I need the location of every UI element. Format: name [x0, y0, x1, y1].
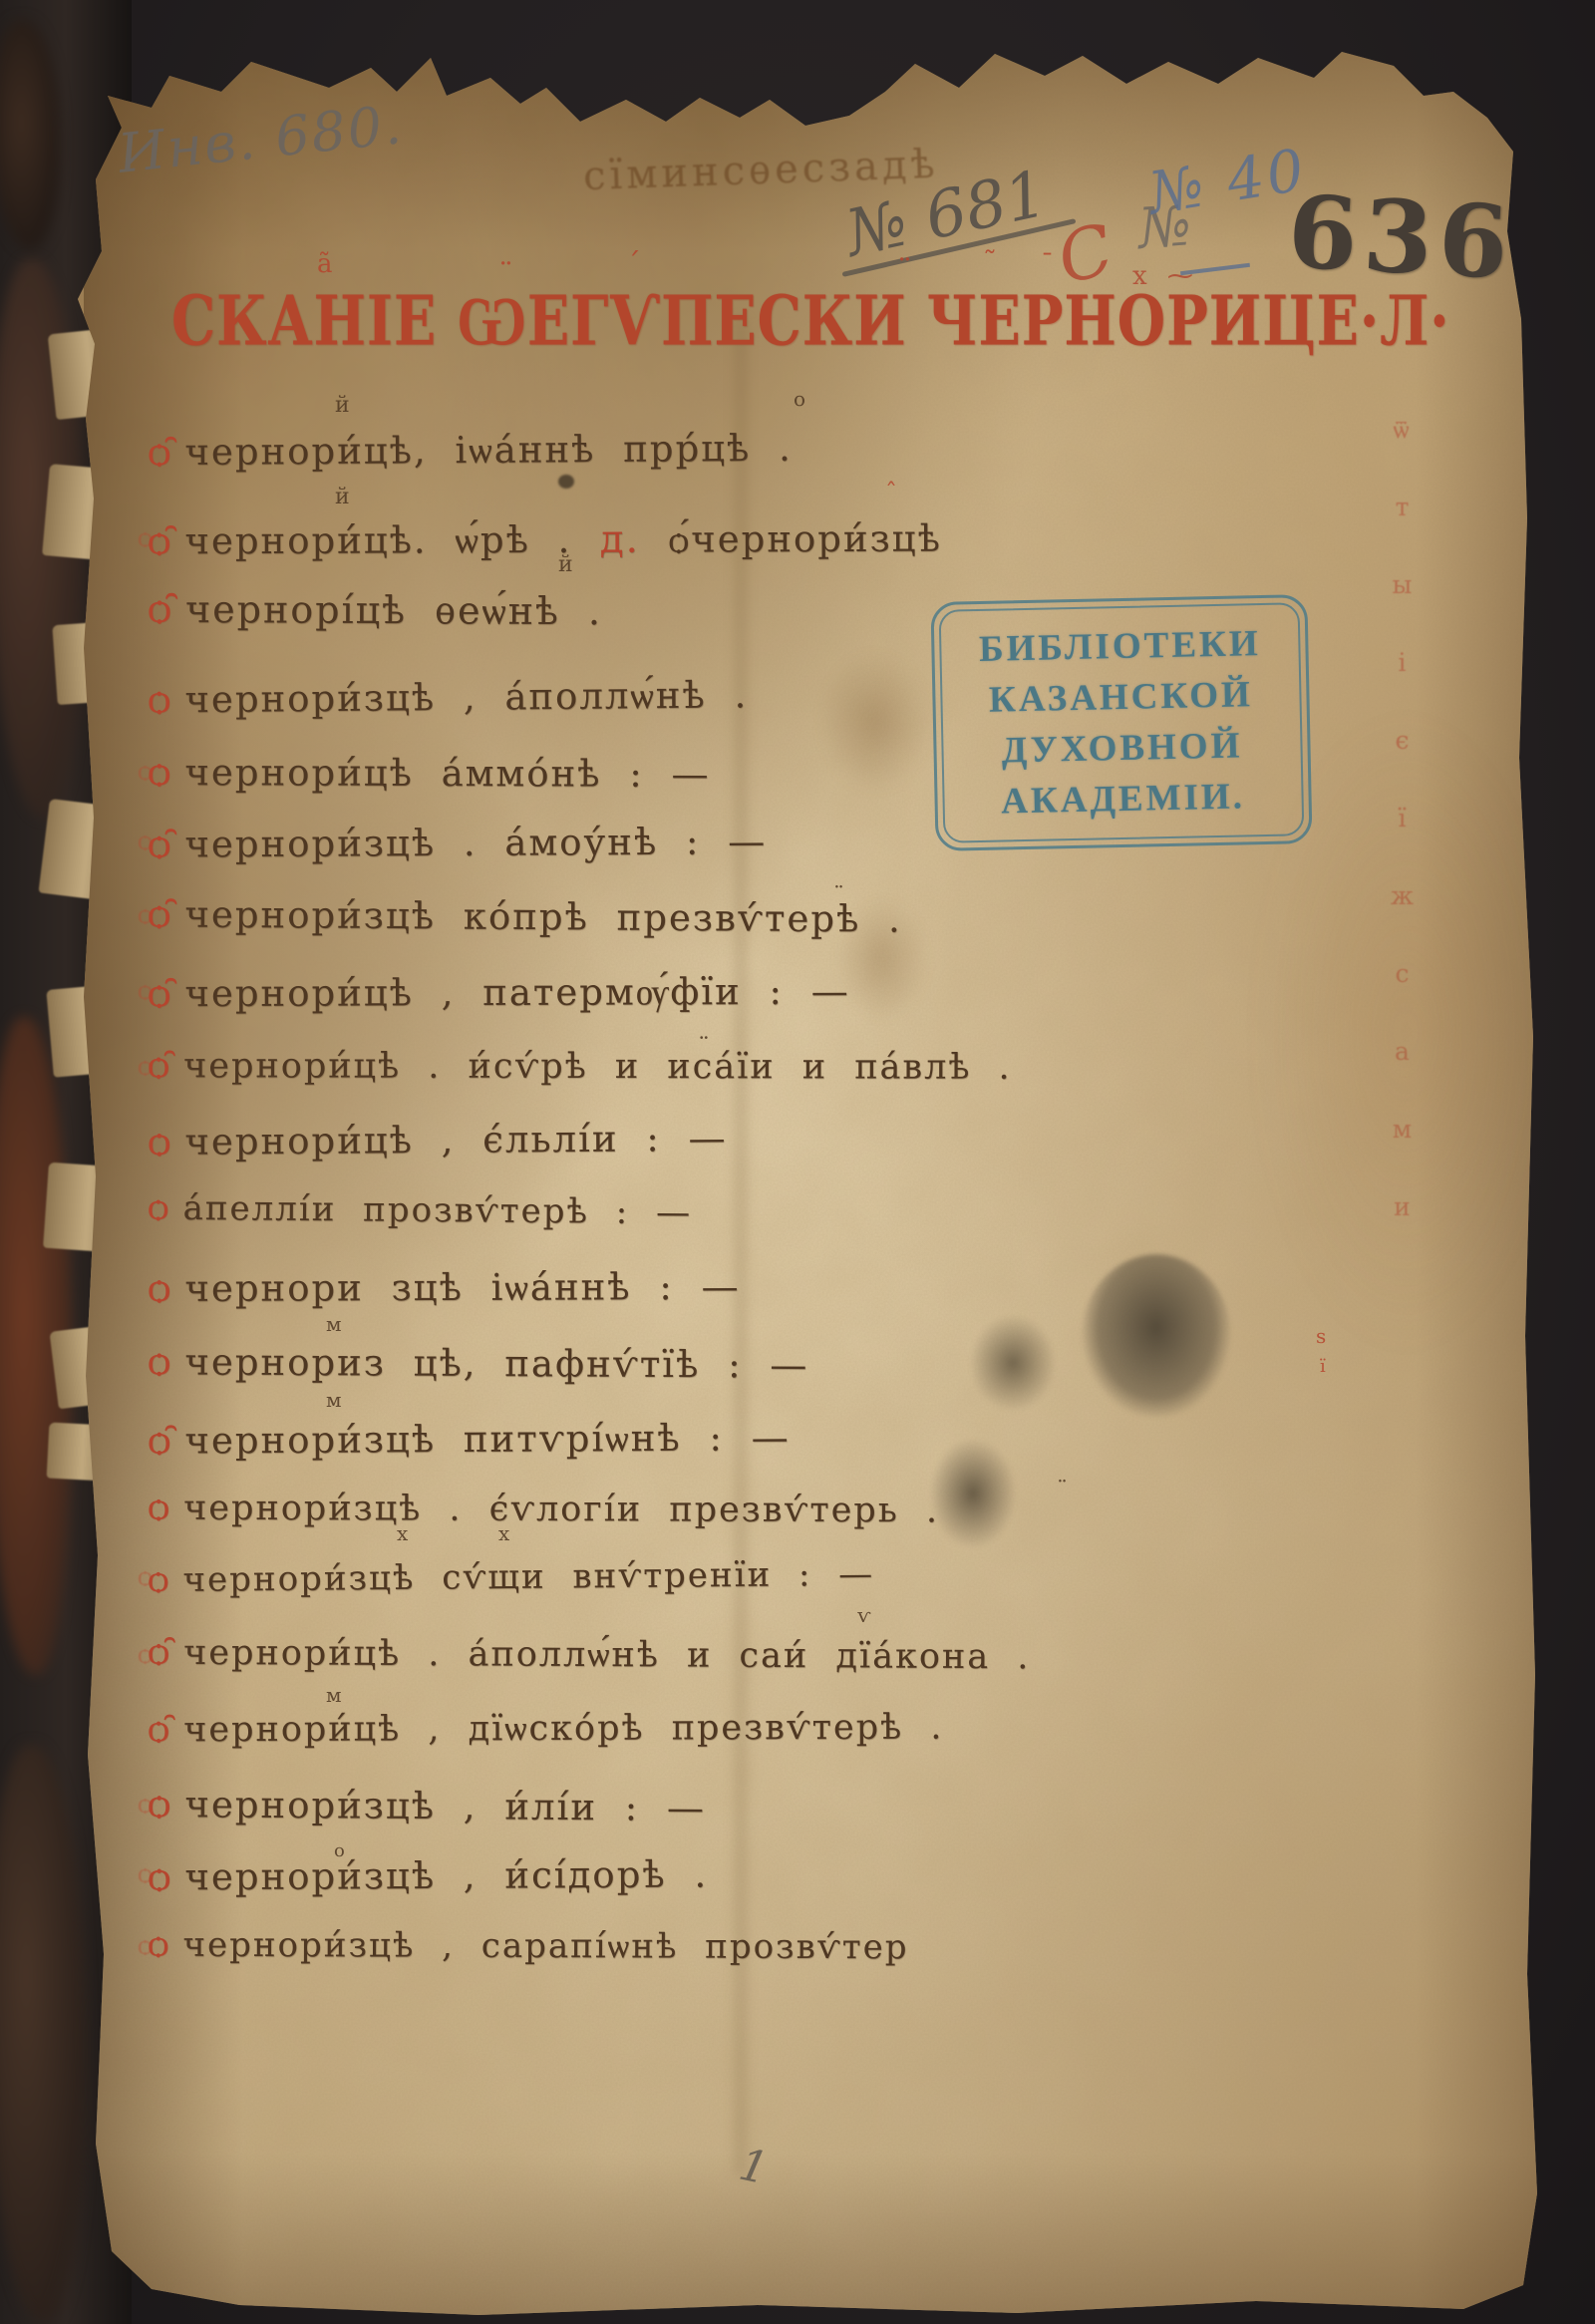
ink-text: чернори́зцѣ , сарапі́ѡнѣ прозвѵ́тер — [182, 1925, 908, 1968]
rubric-initial: ѻ — [148, 1184, 171, 1228]
rubric-text: д. — [571, 517, 668, 562]
stamp-line: БИБЛІОТЕКИ — [979, 618, 1262, 675]
manuscript-line: ѻчернори́зцѣ , и́сі́дорѣ . — [148, 1849, 708, 1900]
manuscript-line: ѻ̑чернори́цѣ. ѡ́рѣ . д. ѻ́чернори́зцѣ — [148, 513, 942, 564]
rubric-initial: ѻ — [148, 1263, 173, 1311]
manuscript-line: ѻчернори́цѣ , є́льлі́и : — — [148, 1113, 728, 1164]
ink-text: а́пеллі́и прозвѵ́терѣ : — — [182, 1188, 692, 1232]
manuscript-line: ѻ̑чернори́цѣ . и́сѵ́рѣ и иса́їи и па́влѣ… — [148, 1042, 1012, 1089]
manuscript-line: ѻ̑чернори́зцѣ питѵрі́ѡнѣ : — — [148, 1412, 791, 1463]
manuscript-line: ѻа́пеллі́и прозвѵ́терѣ : — — [148, 1184, 692, 1234]
rubric-initial: ѻ̑ — [148, 427, 173, 475]
ink-text: чернори́зцѣ , и́лі́и : — — [184, 1783, 706, 1829]
rubric-initial: ѻ̑ — [148, 1416, 173, 1464]
parchment-smudge — [817, 650, 932, 795]
manuscript-line: ѻчернори́цѣ а́ммо́нѣ : — — [148, 747, 711, 797]
right-marginalia: ѿ т ы і є ї ж с а м и — [1388, 417, 1417, 1244]
superscript-mark: о — [794, 387, 805, 411]
page-edge-shade — [1416, 60, 1540, 2313]
ink-text: чернори́зцѣ питѵрі́ѡнѣ : — — [184, 1416, 790, 1462]
manuscript-line: ѻ̑чернори́цѣ . а́поллѡ́нѣ и саи́ дїа́кон… — [148, 1629, 1031, 1679]
ghost-initial: ѻ — [138, 975, 153, 1006]
ghost-initial: ѻ — [138, 1639, 153, 1670]
superscript-mark: х — [397, 1521, 408, 1545]
manuscript-line: ѻчернори́зцѣ , и́лі́и : — — [148, 1779, 706, 1830]
inventory-number: Инв. 680. — [115, 93, 406, 185]
manuscript-photo: Инв. 680. сїминсѳесзадѣ № 681 С № № 40 х… — [0, 0, 1595, 2324]
manuscript-line: ѻ̑чернорі́цѣ ѳеѡ́нѣ . — [148, 583, 602, 635]
page-edge-shade — [84, 2154, 1539, 2324]
superscript-mark: ї — [1320, 1356, 1326, 1377]
library-stamp: БИБЛІОТЕКИ КАЗАНСКОЙ ДУХОВНОЙ АКАДЕМІИ. — [930, 594, 1312, 851]
superscript-mark: ˉ — [1041, 249, 1054, 279]
ink-text: чернори́цѣ . а́поллѡ́нѣ и саи́ дїа́кона … — [183, 1633, 1030, 1677]
manuscript-line: ѻ̑чернори́цѣ , патермѹ́фїи : — — [148, 966, 850, 1016]
superscript-mark: й — [335, 485, 350, 509]
wood-board-patch — [0, 20, 60, 249]
ghost-initial: ѻ — [138, 522, 153, 553]
superscript-mark: ˜ — [983, 245, 997, 278]
superscript-mark: а̃ — [317, 249, 333, 279]
ink-text: ѻ́чернори́зцѣ — [668, 517, 942, 561]
wood-board-patch — [0, 1745, 86, 2323]
rubric-initial: ѻ — [148, 1485, 171, 1529]
ink-text: чернори́зцѣ , и́сі́дорѣ . — [184, 1853, 708, 1899]
ghost-initial: ѻ — [138, 756, 153, 787]
ink-text: чернори́цѣ. ѡ́рѣ . — [184, 518, 571, 562]
ink-text: чернориз цѣ, пафнѵ́тїѣ : — — [184, 1340, 808, 1386]
superscript-mark: о — [334, 1840, 345, 1861]
superscript-mark: ´ — [626, 247, 641, 282]
superscript-mark: ¨ — [1057, 1478, 1068, 1502]
rubric-initial: ѻ̑ — [148, 1706, 171, 1751]
superscript-mark: м — [326, 1683, 342, 1707]
manuscript-line: ѻ̑чернори́зцѣ . а́моу́нѣ : — — [148, 816, 767, 866]
manuscript-line: ѻчернори́зцѣ , а́поллѡ́нѣ . — [148, 669, 749, 722]
ink-text: чернори́цѣ , патермѹ́фїи : — — [184, 970, 849, 1015]
ink-stain — [1082, 1254, 1231, 1418]
ink-stain — [929, 1438, 1017, 1549]
blue-accession-number: № 40 — [1144, 136, 1312, 227]
ink-text: чернори́зцѣ , а́поллѡ́нѣ . — [184, 673, 748, 721]
ghost-initial: ѻ — [138, 899, 153, 930]
rubric-initial: ѻ — [148, 674, 173, 722]
superscript-mark: ѵ — [857, 1603, 871, 1627]
manuscript-line: ѻчернори зцѣ іѡа́ннѣ : — — [148, 1261, 741, 1311]
superscript-mark: ¨ — [897, 253, 912, 288]
superscript-mark: ˆ — [885, 479, 897, 506]
superscript-mark: ¨ — [833, 883, 844, 908]
ink-stain — [969, 1314, 1057, 1412]
ghost-initial: ѻ — [138, 1789, 153, 1820]
ink-text: чернори́цѣ , є́льлі́и : — — [184, 1117, 727, 1163]
ink-text: чернори́зцѣ сѵ́щи внѵ́тренїи : — — [182, 1554, 874, 1600]
ghost-initial: ѻ — [138, 1561, 153, 1592]
ink-text: чернори́зцѣ . є́ѵлогі́и презвѵ́терь . — [183, 1489, 939, 1531]
superscript-mark: м — [326, 1388, 342, 1412]
ink-text: чернори́цѣ, іѡа́ннѣ прр́цѣ . — [184, 427, 793, 474]
superscript-mark: х — [498, 1521, 509, 1545]
ghost-initial: ѻ — [138, 1858, 153, 1889]
superscript-mark: й — [558, 552, 573, 577]
ink-text: чернорі́цѣ ѳеѡ́нѣ . — [185, 587, 602, 633]
page-edge-shade — [84, 50, 243, 2313]
ink-text: чернори́зцѣ ко́прѣ презвѵ́терѣ . — [184, 893, 902, 941]
manuscript-line: ѻчернори́зцѣ сѵ́щи внѵ́тренїи : — — [148, 1550, 875, 1601]
vertical-crease — [736, 319, 746, 2173]
stamp-line: ДУХОВНОЙ — [1001, 720, 1243, 776]
superscript-mark: м — [326, 1312, 342, 1336]
ink-text: чернори́цѣ а́ммо́нѣ : — — [184, 751, 710, 796]
ink-text: чернори́зцѣ . а́моу́нѣ : — — [184, 820, 767, 865]
manuscript-page: Инв. 680. сїминсѳесзадѣ № 681 С № № 40 х… — [0, 0, 1595, 2324]
manuscript-line: ѻ̑чернори́цѣ, іѡа́ннѣ прр́цѣ . — [148, 423, 793, 476]
ink-text: чернори́цѣ . и́сѵ́рѣ и иса́їи и па́влѣ . — [183, 1046, 1012, 1087]
manuscript-title: СКАНІЕ ѠЕГѴПЕСКИ ЧЕРНОРИЦЕ·Л· — [171, 281, 1450, 362]
ghost-initial: ѻ — [138, 1051, 153, 1082]
superscript-mark: ѕ — [1316, 1324, 1326, 1348]
superscript-mark: ¨ — [698, 1033, 710, 1061]
ghost-initial: ѻ — [138, 826, 153, 856]
manuscript-line: ѻчернориз цѣ, пафнѵ́тїѣ : — — [148, 1336, 809, 1387]
ink-spot — [558, 475, 574, 489]
rubric-initial: ѻ̑ — [148, 583, 173, 633]
ink-text: чернори́цѣ , дїѡско́рѣ презвѵ́терѣ . — [183, 1708, 943, 1751]
ink-text: чернори зцѣ іѡа́ннѣ : — — [184, 1265, 740, 1310]
superscript-mark: ¨ — [498, 257, 513, 292]
superscript-mark: й — [335, 393, 350, 418]
manuscript-line: ѻ̑чернори́зцѣ ко́прѣ презвѵ́терѣ . — [148, 888, 902, 941]
ghost-initial: ѻ — [138, 1930, 153, 1961]
manuscript-line: ѻ̑чернори́цѣ , дїѡско́рѣ презвѵ́терѣ . — [148, 1704, 944, 1752]
rubric-initial: ѻ — [148, 1117, 173, 1164]
manuscript-line: ѻчернори́зцѣ , сарапі́ѡнѣ прозвѵ́тер — [148, 1921, 909, 1969]
stamp-line: АКАДЕМІИ. — [1001, 771, 1246, 827]
rubric-initial: ѻ — [148, 1336, 173, 1384]
stamp-line: КАЗАНСКОЙ — [989, 669, 1254, 726]
manuscript-line: ѻчернори́зцѣ . є́ѵлогі́и презвѵ́терь . — [148, 1485, 939, 1532]
